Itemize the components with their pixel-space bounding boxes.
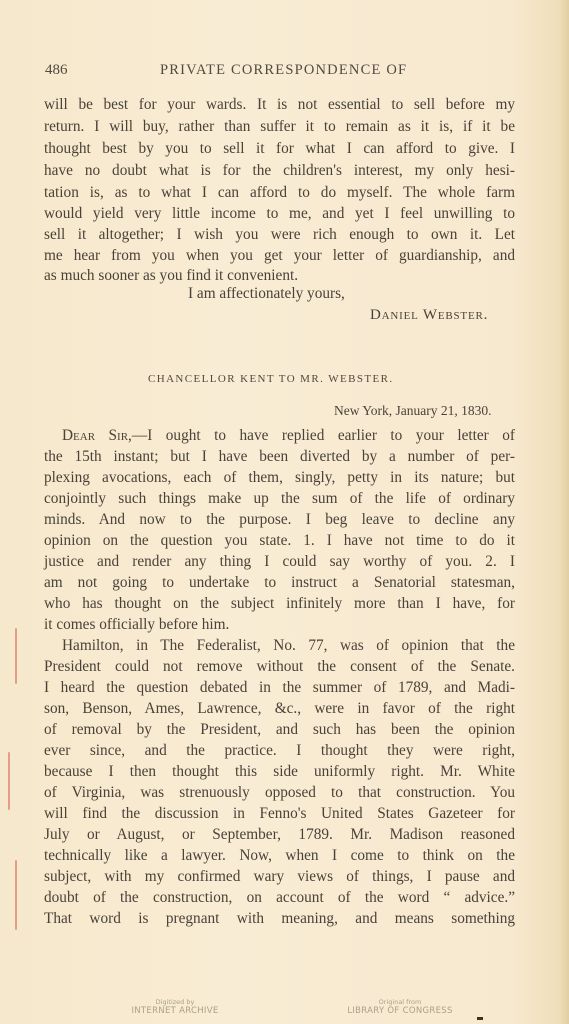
salutation: Dear Sir, — [62, 427, 132, 444]
text-line: of removal by the President, and such ha… — [44, 720, 515, 740]
page-number: 486 — [45, 62, 68, 79]
text-line: have no doubt what is for the children's… — [44, 161, 515, 181]
text-line: me hear from you when you get your lette… — [44, 246, 515, 266]
text-line: of Virginia, was strenuously opposed to … — [44, 783, 515, 803]
letter-closing: I am affectionately yours, — [188, 285, 345, 303]
text-line: subject, with my confirmed wary views of… — [44, 867, 515, 887]
original-from-credit: Original from LIBRARY OF CONGRESS — [345, 998, 455, 1016]
text-line: July or August, or September, 1789. Mr. … — [44, 825, 515, 845]
text-line: minds. And now to the purpose. I beg lea… — [44, 510, 515, 530]
digitized-by-credit: Digitized by INTERNET ARCHIVE — [120, 998, 230, 1016]
text-line: will be best for your wards. It is not e… — [44, 95, 515, 115]
text-line: return. I will buy, rather than suffer i… — [44, 117, 515, 137]
text-line: That word is pregnant with meaning, and … — [44, 909, 515, 929]
text-line: technically like a lawyer. Now, when I c… — [44, 846, 515, 866]
text-line: thought best by you to sell it for what … — [44, 139, 515, 159]
text-line: the 15th instant; but I have been divert… — [44, 447, 515, 467]
running-head: 486 PRIVATE CORRESPONDENCE OF — [45, 62, 515, 82]
text-line: justice and render any thing I could say… — [44, 552, 515, 572]
scan-artifact — [477, 1017, 483, 1020]
text-line: because I then thought this side uniform… — [44, 762, 515, 782]
text-line: will find the discussion in Fenno's Unit… — [44, 804, 515, 824]
text-line: Hamilton, in The Federalist, No. 77, was… — [62, 636, 515, 656]
text-line: conjointly such things make up the sum o… — [44, 489, 515, 509]
text-line: would yield very little income to me, an… — [44, 204, 515, 224]
text-line: as much sooner as you find it convenient… — [44, 266, 515, 286]
text-line: opinion on the question you state. 1. I … — [44, 531, 515, 551]
text-line: Dear Sir,—I ought to have replied earlie… — [62, 426, 515, 446]
text-line: who has thought on the subject infinitel… — [44, 594, 515, 614]
text-line: it comes officially before him. — [44, 615, 515, 635]
margin-pencil-mark — [8, 752, 10, 810]
dateline: New York, January 21, 1830. — [334, 403, 492, 419]
letter-heading: CHANCELLOR KENT TO MR. WEBSTER. — [148, 373, 394, 385]
page-edge-shadow — [559, 0, 569, 1024]
text-line: sell it altogether; I wish you were rich… — [44, 225, 515, 245]
margin-pencil-mark — [15, 860, 17, 930]
text-line: ever since, and the practice. I thought … — [44, 741, 515, 761]
text-line: President could not remove without the c… — [44, 657, 515, 677]
text-line: son, Benson, Ames, Lawrence, &c., were i… — [44, 699, 515, 719]
text-line: plexing avocations, each of them, singly… — [44, 468, 515, 488]
text-line: am not going to undertake to instruct a … — [44, 573, 515, 593]
text-line: I heard the question debated in the summ… — [44, 678, 515, 698]
text-line: tation is, as to what I can afford to do… — [44, 183, 515, 203]
book-page: 486 PRIVATE CORRESPONDENCE OF will be be… — [0, 0, 569, 1024]
signature: Daniel Webster. — [370, 307, 488, 324]
margin-pencil-mark — [15, 628, 17, 684]
text-line: doubt of the construction, on account of… — [44, 888, 515, 908]
running-head-title: PRIVATE CORRESPONDENCE OF — [160, 62, 407, 79]
